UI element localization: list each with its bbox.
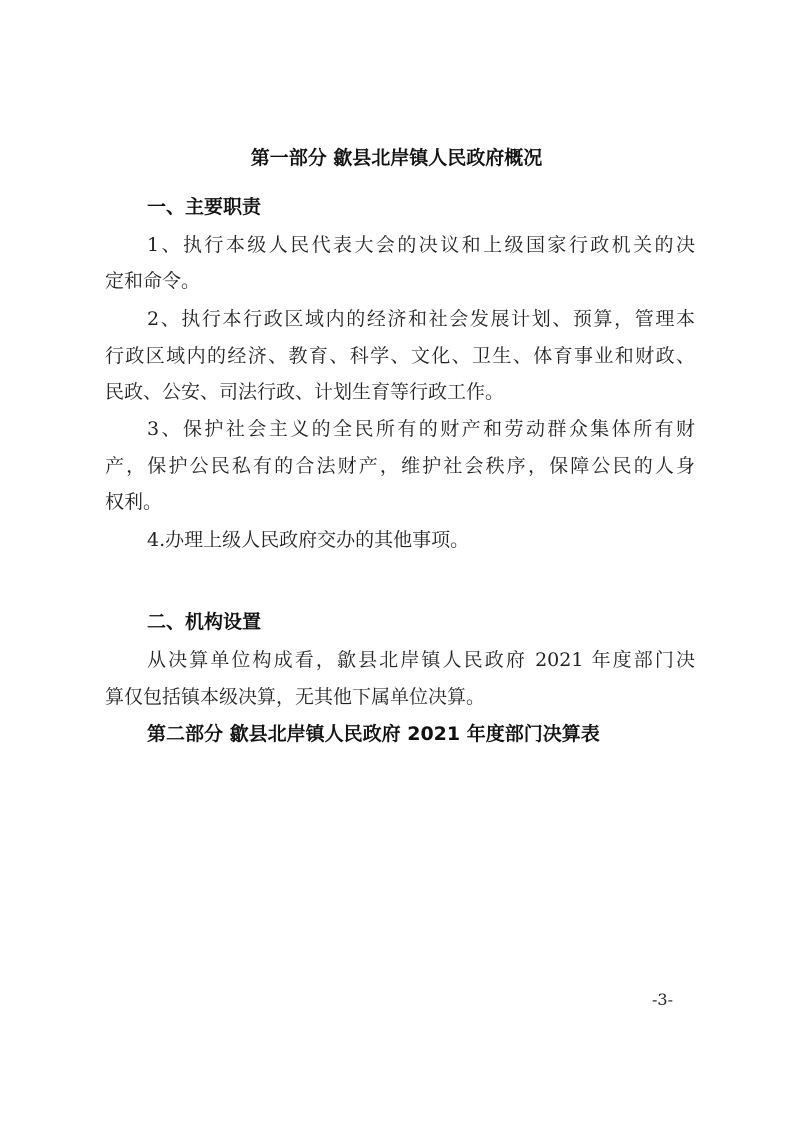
item2-line3: 民政、公安、司法行政、计划生育等行政工作。: [105, 380, 695, 404]
section2-para-line1: 从决算单位构成看，歙县北岸镇人民政府 2021 年度部门决: [147, 648, 695, 672]
section2-para-line2: 算仅包括镇本级决算，无其他下属单位决算。: [105, 685, 695, 709]
item3-line2: 产，保护公民私有的合法财产，维护社会秩序，保障公民的人身: [105, 454, 695, 478]
section2-heading: 二、机构设置: [147, 610, 695, 634]
item2-line1: 2、执行本行政区域内的经济和社会发展计划、预算，管理本: [147, 307, 695, 331]
item2-line2: 行政区域内的经济、教育、科学、文化、卫生、体育事业和财政、: [105, 344, 695, 368]
item4-line1: 4.办理上级人民政府交办的其他事项。: [147, 528, 695, 552]
item1-line2: 定和命令。: [105, 269, 695, 293]
part1-title: 第一部分 歙县北岸镇人民政府概况: [0, 146, 793, 170]
page-number: -3-: [652, 990, 673, 1009]
item3-line3: 权利。: [105, 490, 695, 514]
item3-line1: 3、保护社会主义的全民所有的财产和劳动群众集体所有财: [147, 417, 695, 441]
part2-title: 第二部分 歙县北岸镇人民政府 2021 年度部门决算表: [147, 722, 695, 746]
item1-line1: 1、执行本级人民代表大会的决议和上级国家行政机关的决: [147, 233, 695, 257]
document-page: 第一部分 歙县北岸镇人民政府概况 一、主要职责 1、执行本级人民代表大会的决议和…: [0, 0, 793, 1122]
section1-heading: 一、主要职责: [147, 195, 695, 219]
